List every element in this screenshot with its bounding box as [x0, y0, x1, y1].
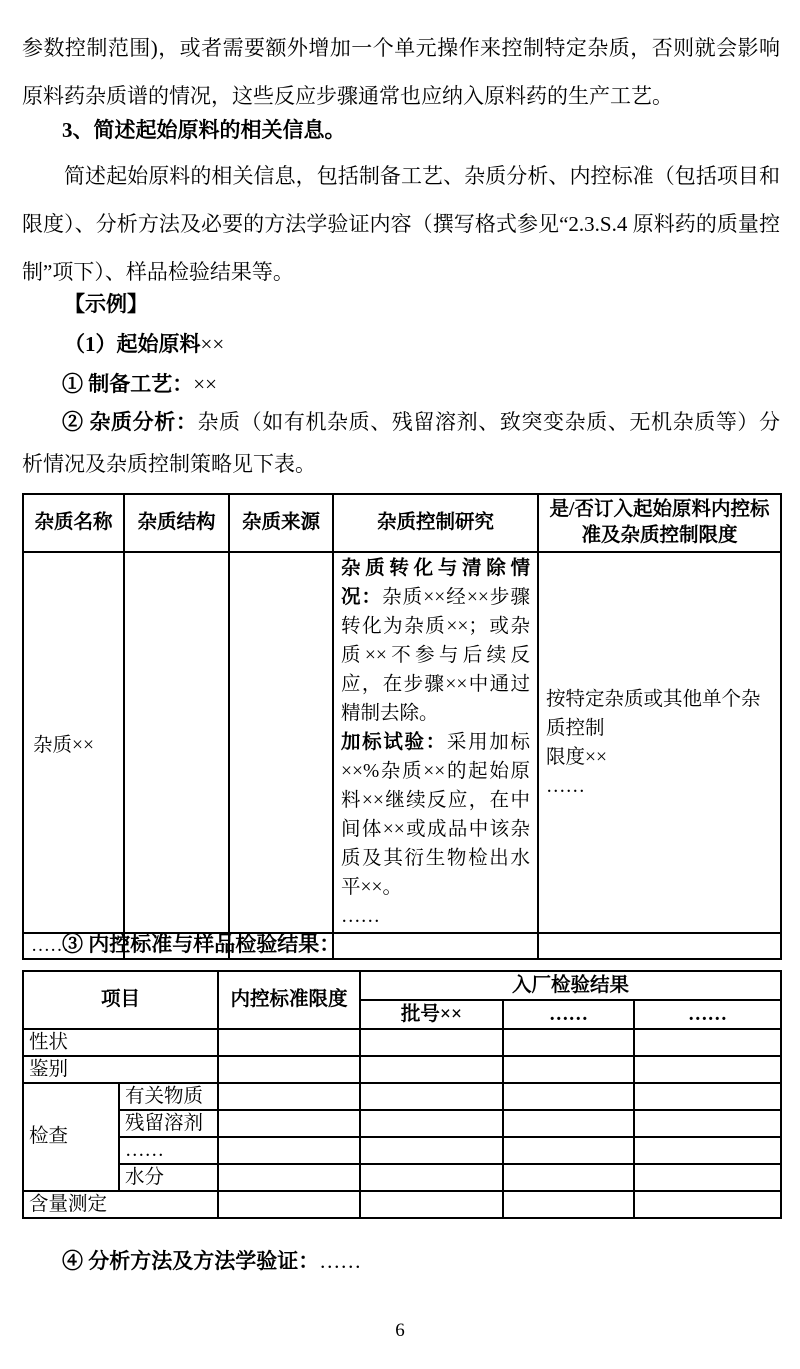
example-item-1: （1）起始原料×× [64, 329, 224, 359]
table-row: 鉴别 [23, 1056, 781, 1083]
empty-cell [634, 1029, 781, 1056]
empty-cell [503, 1056, 634, 1083]
empty-cell [634, 1164, 781, 1191]
table-row: 残留溶剂 [23, 1110, 781, 1137]
limit-line-2: 限度×× [546, 743, 773, 772]
table-row: 含量测定 [23, 1191, 781, 1218]
row-label-water: 水分 [119, 1164, 218, 1191]
empty-cell [360, 1164, 503, 1191]
row-label-related-substances: 有关物质 [119, 1083, 218, 1110]
empty-cell [360, 1137, 503, 1164]
col-header-ellipsis-2: …… [634, 1000, 781, 1029]
row-label-tests: 检查 [23, 1083, 119, 1191]
table-row: 杂质×× 杂质转化与清除情况：杂质××经××步骤转化为杂质××；或杂质××不参与… [23, 552, 781, 933]
row-label-assay: 含量测定 [23, 1191, 218, 1218]
circled-1-heading: ① 制备工艺：×× [62, 369, 217, 399]
study-paragraph-spiking: 加标试验：采用加标××%杂质××的起始原料××继续反应，在中间体××或成品中该杂… [341, 728, 530, 902]
document-page: 参数控制范围)，或者需要额外增加一个单元操作来控制特定杂质，否则就会影响原料药杂… [0, 0, 800, 1369]
empty-cell [360, 1029, 503, 1056]
empty-cell [218, 1137, 360, 1164]
empty-cell [503, 1029, 634, 1056]
impurity-name-cell: 杂质×× [23, 552, 124, 933]
empty-cell [503, 1191, 634, 1218]
empty-cell [634, 1110, 781, 1137]
empty-cell [333, 933, 538, 959]
col-header-item: 项目 [23, 971, 218, 1029]
circled-1-label: ① 制备工艺： [62, 372, 193, 396]
row-label-identification: 鉴别 [23, 1056, 218, 1083]
empty-cell [503, 1083, 634, 1110]
impurity-source-cell [229, 552, 333, 933]
table-row: 性状 [23, 1029, 781, 1056]
empty-cell [634, 1191, 781, 1218]
internal-standard-table: 项目 内控标准限度 入厂检验结果 批号×× …… …… 性状 鉴别 检查 有关物… [22, 970, 782, 1219]
circled-4-value: …… [319, 1249, 361, 1273]
col-header-batch: 批号×× [360, 1000, 503, 1029]
empty-cell [634, 1056, 781, 1083]
circled-4-label: ④ 分析方法及方法学验证： [62, 1249, 319, 1273]
col-header-results-group: 入厂检验结果 [360, 971, 781, 1000]
impurity-analysis-table: 杂质名称 杂质结构 杂质来源 杂质控制研究 是/否订入起始原料内控标准及杂质控制… [22, 493, 782, 960]
circled-2-paragraph: ② 杂质分析：杂质（如有机杂质、残留溶剂、致突变杂质、无机杂质等）分析情况及杂质… [22, 401, 780, 485]
circled-1-value: ×× [193, 372, 217, 396]
empty-cell [218, 1164, 360, 1191]
circled-3-heading: ③ 内控标准与样品检验结果： [62, 929, 340, 959]
empty-cell [360, 1056, 503, 1083]
empty-cell [503, 1137, 634, 1164]
limit-line-1: 按特定杂质或其他单个杂质控制 [546, 685, 773, 743]
study-paragraph-conversion: 杂质转化与清除情况：杂质××经××步骤转化为杂质××；或杂质××不参与后续反应，… [341, 554, 530, 728]
empty-cell [634, 1137, 781, 1164]
table-row: 水分 [23, 1164, 781, 1191]
empty-cell [360, 1083, 503, 1110]
circled-2-label: ② 杂质分析： [62, 410, 197, 434]
col-header-impurity-source: 杂质来源 [229, 494, 333, 552]
empty-cell [218, 1029, 360, 1056]
col-header-internal-limit: 是/否订入起始原料内控标准及杂质控制限度 [538, 494, 781, 552]
col-header-impurity-structure: 杂质结构 [124, 494, 229, 552]
study-ellipsis: …… [341, 902, 530, 931]
example-item-1-value: ×× [201, 332, 225, 356]
internal-limit-cell: 按特定杂质或其他单个杂质控制 限度×× …… [538, 552, 781, 933]
impurity-structure-cell [124, 552, 229, 933]
empty-cell [503, 1164, 634, 1191]
study-text-spiking: 采用加标××%杂质××的起始原料××继续反应，在中间体××或成品中该杂质及其衍生… [341, 732, 530, 898]
col-header-ellipsis-1: …… [503, 1000, 634, 1029]
table-row: …… [23, 1137, 781, 1164]
study-bold-spiking: 加标试验： [341, 732, 447, 753]
row-label-ellipsis: …… [119, 1137, 218, 1164]
section-3-heading: 3、简述起始原料的相关信息。 [62, 115, 346, 145]
col-header-impurity-name: 杂质名称 [23, 494, 124, 552]
empty-cell [218, 1110, 360, 1137]
empty-cell [218, 1083, 360, 1110]
empty-cell [503, 1110, 634, 1137]
circled-4-heading: ④ 分析方法及方法学验证：…… [62, 1246, 361, 1276]
empty-cell [218, 1056, 360, 1083]
col-header-limit: 内控标准限度 [218, 971, 360, 1029]
row-label-appearance: 性状 [23, 1029, 218, 1056]
page-number: 6 [0, 1320, 800, 1342]
table-header-row: 杂质名称 杂质结构 杂质来源 杂质控制研究 是/否订入起始原料内控标准及杂质控制… [23, 494, 781, 552]
empty-cell [538, 933, 781, 959]
col-header-control-study: 杂质控制研究 [333, 494, 538, 552]
empty-cell [360, 1110, 503, 1137]
example-item-1-label: （1）起始原料 [64, 332, 201, 356]
table-row: 检查 有关物质 [23, 1083, 781, 1110]
empty-cell [360, 1191, 503, 1218]
row-label-residual-solvents: 残留溶剂 [119, 1110, 218, 1137]
control-study-cell: 杂质转化与清除情况：杂质××经××步骤转化为杂质××；或杂质××不参与后续反应，… [333, 552, 538, 933]
example-label: 【示例】 [64, 289, 148, 319]
section-3-paragraph: 简述起始原料的相关信息，包括制备工艺、杂质分析、内控标准（包括项目和限度）、分析… [22, 152, 780, 296]
empty-cell [634, 1083, 781, 1110]
limit-line-3: …… [546, 772, 773, 801]
table-header-row: 项目 内控标准限度 入厂检验结果 [23, 971, 781, 1000]
empty-cell [218, 1191, 360, 1218]
paragraph-continuation: 参数控制范围)，或者需要额外增加一个单元操作来控制特定杂质，否则就会影响原料药杂… [22, 24, 780, 120]
